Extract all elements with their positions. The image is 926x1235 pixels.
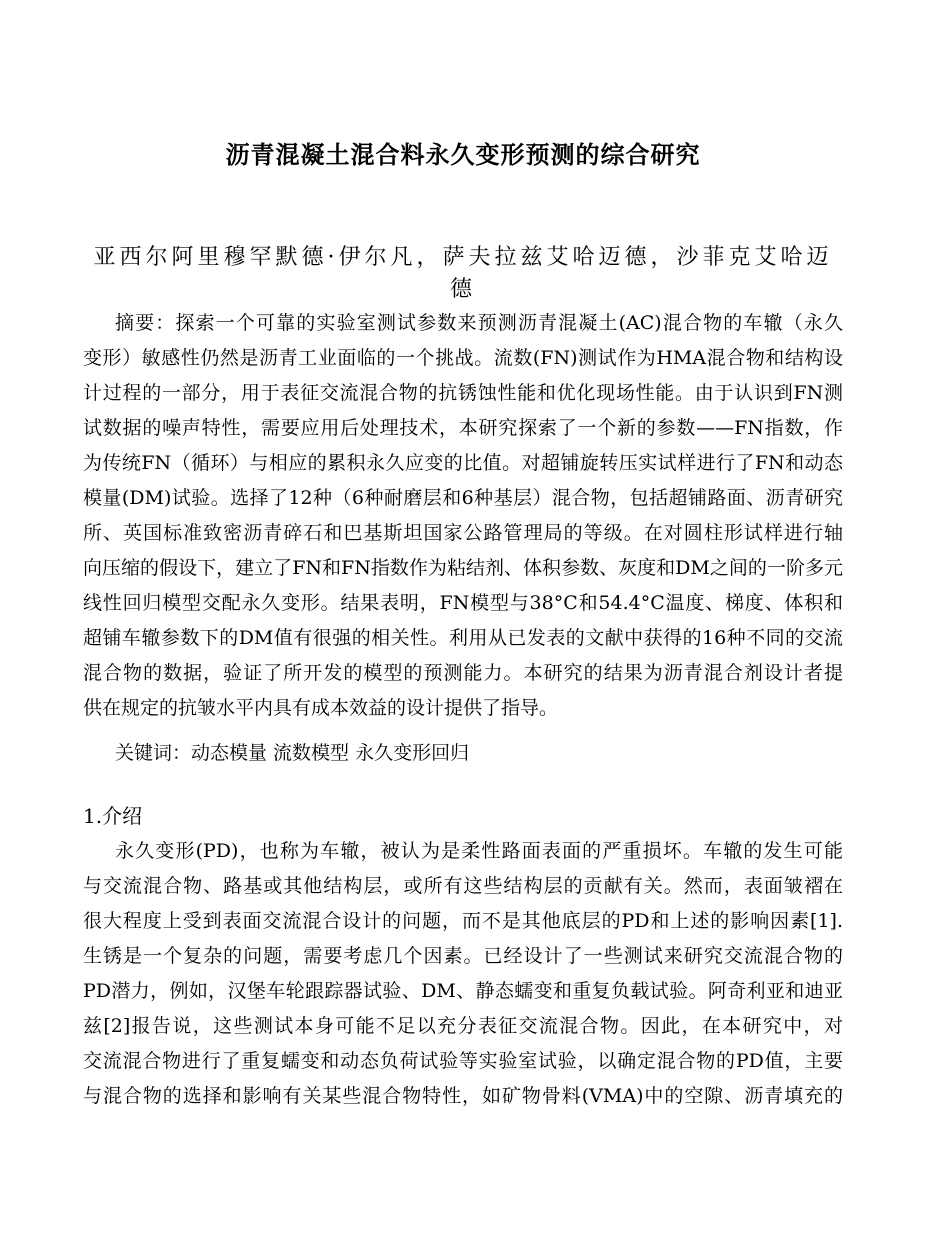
abstract-line: 所、英国标准致密沥青碎石和巴基斯坦国家公路管理局的等级。在对圆柱形试样进行轴 <box>83 516 843 551</box>
document-page: 沥青混凝土混合料永久变形预测的综合研究 亚西尔阿里穆罕默德·伊尔凡，萨夫拉兹艾哈… <box>0 0 926 1235</box>
abstract-line: 摘要：探索一个可靠的实验室测试参数来预测沥青混凝土(AC)混合物的车辙（永久 <box>83 306 843 341</box>
abstract-line: 模量(DM)试验。选择了12种（6种耐磨层和6种基层）混合物，包括超铺路面、沥青… <box>83 481 843 516</box>
abstract-paragraph: 摘要：探索一个可靠的实验室测试参数来预测沥青混凝土(AC)混合物的车辙（永久变形… <box>83 306 843 726</box>
paper-title: 沥青混凝土混合料永久变形预测的综合研究 <box>83 140 843 172</box>
abstract-line: 向压缩的假设下，建立了FN和FN指数作为粘结剂、体积参数、灰度和DM之间的一阶多… <box>83 551 843 586</box>
abstract-line: 线性回归模型交配永久变形。结果表明，FN模型与38°C和54.4°C温度、梯度、… <box>83 586 843 621</box>
abstract-line: 供在规定的抗皱水平内具有成本效益的设计提供了指导。 <box>83 691 843 726</box>
introduction-line: 交流混合物进行了重复蠕变和动态负荷试验等实验室试验，以确定混合物的PD值，主要 <box>83 1044 843 1079</box>
abstract-line: 为传统FN（循环）与相应的累积永久应变的比值。对超铺旋转压实试样进行了FN和动态 <box>83 446 843 481</box>
paper-authors: 亚西尔阿里穆罕默德·伊尔凡，萨夫拉兹艾哈迈德，沙菲克艾哈迈德 <box>83 242 843 306</box>
introduction-line: 兹[2]报告说，这些测试本身可能不足以充分表征交流混合物。因此，在本研究中，对 <box>83 1009 843 1044</box>
introduction-line: PD潜力，例如，汉堡车轮跟踪器试验、DM、静态蠕变和重复负载试验。阿奇利亚和迪亚 <box>83 974 843 1009</box>
introduction-line: 与混合物的选择和影响有关某些混合物特性，如矿物骨料(VMA)中的空隙、沥青填充的 <box>83 1079 843 1114</box>
introduction-paragraph: 永久变形(PD)，也称为车辙，被认为是柔性路面表面的严重损坏。车辙的发生可能与交… <box>83 834 843 1114</box>
abstract-line: 混合物的数据，验证了所开发的模型的预测能力。本研究的结果为沥青混合剂设计者提 <box>83 656 843 691</box>
abstract-line: 超铺车辙参数下的DM值有很强的相关性。利用从已发表的文献中获得的16种不同的交流 <box>83 621 843 656</box>
abstract-line: 变形）敏感性仍然是沥青工业面临的一个挑战。流数(FN)测试作为HMA混合物和结构… <box>83 341 843 376</box>
introduction-line: 永久变形(PD)，也称为车辙，被认为是柔性路面表面的严重损坏。车辙的发生可能 <box>83 834 843 869</box>
introduction-line: 很大程度上受到表面交流混合设计的问题，而不是其他底层的PD和上述的影响因素[1]… <box>83 904 843 939</box>
introduction-line: 与交流混合物、路基或其他结构层，或所有这些结构层的贡献有关。然而，表面皱褶在 <box>83 869 843 904</box>
introduction-line: 生锈是一个复杂的问题，需要考虑几个因素。已经设计了一些测试来研究交流混合物的 <box>83 939 843 974</box>
abstract-line: 计过程的一部分，用于表征交流混合物的抗锈蚀性能和优化现场性能。由于认识到FN测 <box>83 376 843 411</box>
section-heading-introduction: 1.介绍 <box>83 799 843 834</box>
abstract-line: 试数据的噪声特性，需要应用后处理技术，本研究探索了一个新的参数——FN指数，作 <box>83 411 843 446</box>
keywords-line: 关键词：动态模量 流数模型 永久变形回归 <box>83 736 843 771</box>
